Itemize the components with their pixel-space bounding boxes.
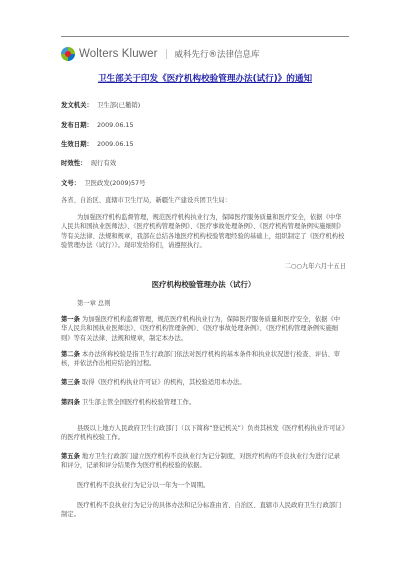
article-5-paragraph-2: 医疗机构不良执业行为记分以一年为一个周期。: [61, 481, 346, 490]
issue-date: 二○○九年六月十五日: [61, 262, 346, 271]
article-1: 第一条 为加强医疗机构监督管理，规范医疗机构执业行为，保障医疗服务质量和医疗安全…: [61, 315, 346, 343]
top-rule: [61, 36, 349, 37]
article-4: 第四条 卫生部主管全国医疗机构校验管理工作。: [61, 398, 346, 407]
document-title-link[interactable]: 卫生部关于印发《医疗机构校验管理办法(试行)》的通知: [61, 72, 349, 84]
meta-value: 卫医政发(2009)57号: [84, 179, 145, 187]
brand-name: Wolters Kluwer: [79, 48, 158, 60]
article-label: 第五条: [61, 453, 80, 460]
meta-label: 生效日期：: [61, 140, 93, 148]
article-label: 第一条: [61, 316, 80, 323]
meta-label: 文号：: [61, 179, 80, 187]
meta-label: 发文机关：: [61, 101, 93, 109]
brand-header: Wolters Kluwer 威科先行®法律信息库: [61, 46, 260, 62]
intro-paragraph: 为加强医疗机构监督管理，规范医疗机构执业行为，保障医疗服务质量和医疗安全，依据《…: [61, 213, 346, 251]
meta-doc-number: 文号：卫医政发(2009)57号: [61, 178, 146, 187]
article-3: 第三条 取得《医疗机构执业许可证》的机构，其校验适用本办法。: [61, 378, 346, 387]
wolters-kluwer-logo-icon: [61, 47, 75, 61]
meta-value: 2009.06.15: [97, 140, 134, 148]
article-text: 地方卫生行政部门建立医疗机构不良执业行为记分制度，对医疗机构的不良执业行为进行记…: [61, 453, 340, 469]
article-2: 第二条 本办法所称校验是指卫生行政部门依法对医疗机构的基本条件和执业状况进行检查…: [61, 350, 346, 369]
meta-effective-date: 生效日期：2009.06.15: [61, 139, 134, 148]
meta-value: 2009.06.15: [97, 121, 134, 129]
brand-subtitle: 威科先行®法律信息库: [175, 48, 260, 60]
article-4-paragraph-2: 县级以上地方人民政府卫生行政部门（以下简称“登记机关”）负责其核发《医疗机构执业…: [61, 424, 346, 443]
meta-issuer: 发文机关：卫生部(已撤销): [61, 100, 140, 109]
article-label: 第二条: [61, 351, 80, 358]
regulation-title: 医疗机构校验管理办法（试行）: [61, 280, 346, 289]
addressee: 各省、自治区、直辖市卫生厅局，新疆生产建设兵团卫生局：: [61, 196, 346, 205]
meta-value: 卫生部(已撤销): [97, 101, 140, 109]
chapter-heading: 第一章 总则: [61, 299, 346, 308]
meta-label: 时效性：: [61, 159, 87, 167]
article-text: 为加强医疗机构监督管理，规范医疗机构执业行为，保障医疗服务质量和医疗安全，依据《…: [61, 316, 340, 342]
article-label: 第四条: [61, 399, 80, 406]
meta-validity: 时效性：现行有效: [61, 158, 116, 167]
article-text: 卫生部主管全国医疗机构校验管理工作。: [82, 399, 195, 406]
meta-publish-date: 发布日期：2009.06.15: [61, 120, 134, 129]
article-text: 取得《医疗机构执业许可证》的机构，其校验适用本办法。: [82, 379, 246, 386]
meta-label: 发布日期：: [61, 121, 93, 129]
article-label: 第三条: [61, 379, 80, 386]
brand-divider: [166, 49, 167, 59]
article-text: 本办法所称校验是指卫生行政部门依法对医疗机构的基本条件和执业状况进行检查、评估、…: [61, 351, 340, 367]
meta-value: 现行有效: [91, 159, 117, 167]
article-5: 第五条 地方卫生行政部门建立医疗机构不良执业行为记分制度，对医疗机构的不良执业行…: [61, 452, 346, 471]
article-5-paragraph-3: 医疗机构不良执业行为记分的具体办法和记分标准由省、自治区、直辖市人民政府卫生行政…: [61, 501, 346, 520]
